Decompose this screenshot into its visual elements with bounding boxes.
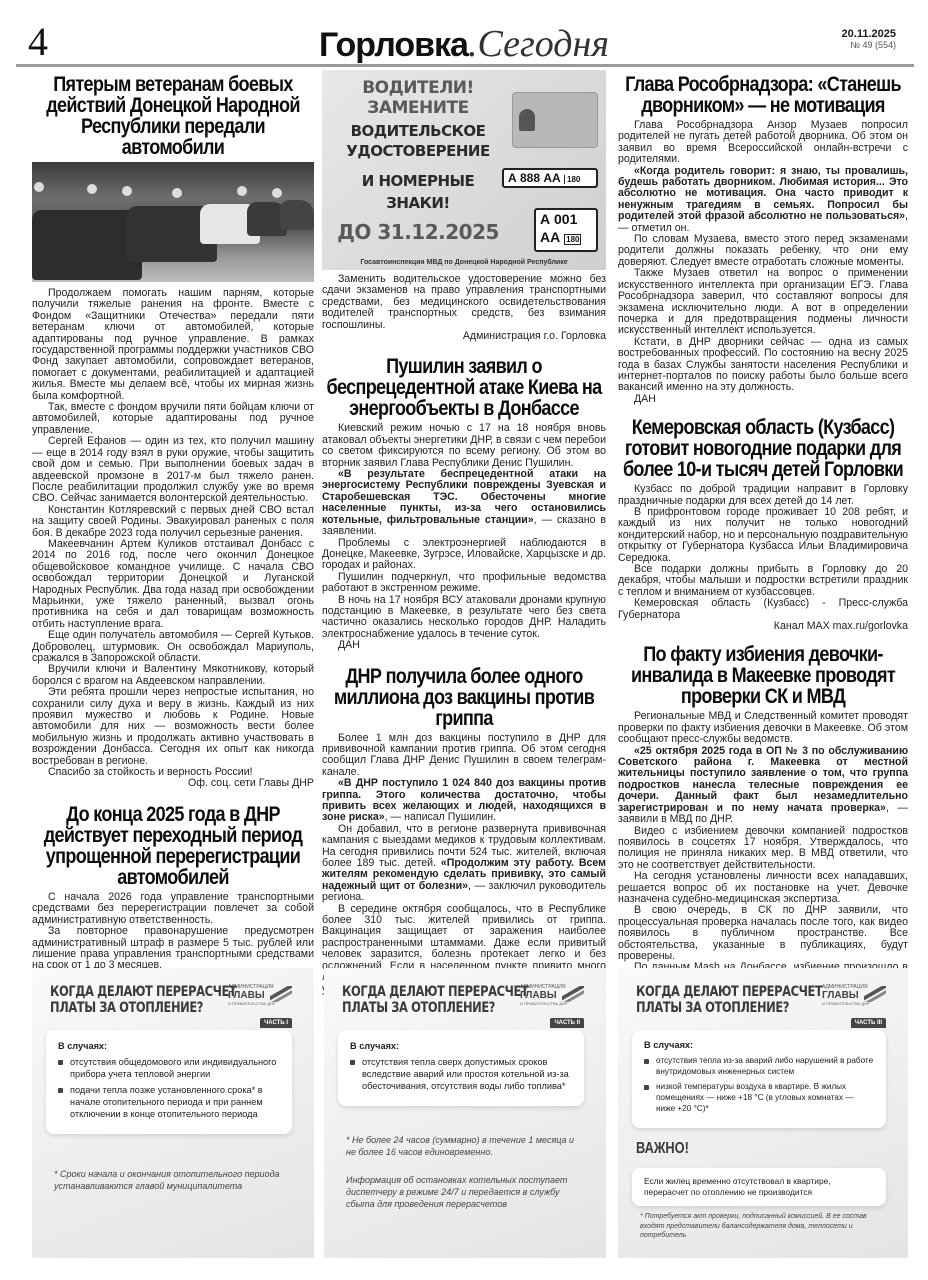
cases-list: отсутствия тепла из-за аварий либо наруш… [644,1055,874,1114]
important-box: Если жилец временно отсутствовал в кварт… [632,1168,886,1206]
veterans-cars-photo [32,162,314,282]
ad-caption: Госавтоинспекция МВД по Донецкой Народно… [322,259,606,266]
footnote: * Сроки начала и окончания отопительного… [54,1168,294,1192]
flag-stripe-icon [562,986,584,1002]
part-badge: ЧАСТЬ II [550,1018,584,1028]
paragraph: Видео с избиением девочки компанией подр… [618,826,908,872]
drivers-license-card-icon [512,92,598,148]
paragraph: Все подарки должны прибыть в Горловку до… [618,564,908,598]
article-pushilin: Пушилин заявил о беспрецедентной атаке К… [322,356,606,651]
quote: «25 октября 2025 года в ОП № 3 по обслуж… [618,745,908,814]
paragraph: Пушилин подчеркнул, что профильные ведом… [322,572,606,595]
paragraph: Региональные МВД и Следственный комитет … [618,711,908,745]
issue-number: № 49 (554) [842,40,896,50]
ad-line: И НОМЕРНЫЕ [328,172,508,190]
cases-list: отсутствия общедомового или индивидуальн… [58,1056,280,1120]
article-source: Оф. соц. сети Главы ДНР [32,778,314,789]
newspaper-title: Горловка.Сегодня [18,22,910,67]
plate-number-top: А 001 [540,210,596,228]
paragraph: Заменить водительское удостоверение можн… [322,274,606,331]
paragraph: Сергей Ефанов — один из тех, кто получил… [32,436,314,504]
headline-pushilin: Пушилин заявил о беспрецедентной атаке К… [323,356,605,419]
ad-line: ВОДИТЕЛИ! [328,78,508,98]
paragraph: В свою очередь, в СК по ДНР заявили, что… [618,905,908,962]
brand-bold: Горловка [319,26,468,64]
footnote: * Не более 24 часов (суммарно) в течение… [346,1134,586,1158]
cases-box: В случаях: отсутствия тепла из-за аварий… [632,1030,886,1128]
paragraph: Эти ребята прошли через непростые испыта… [32,687,314,767]
list-item: отсутствия тепла сверх допустимых сроков… [350,1056,572,1092]
quote: «Когда родитель говорит: я знаю, ты пров… [618,165,908,223]
article-vaccine: ДНР получила более одного миллиона доз в… [322,666,606,1007]
body-rosobrnadzor: Глава Рособрнадзора Анзор Музаев попроси… [618,120,908,405]
headline-makeevka: По факту избиения девочки-инвалида в Мак… [619,644,906,707]
balloon-icon [87,184,97,194]
paragraph: Продолжаем помогать нашим парням, которы… [32,288,314,402]
title-line: КОГДА ДЕЛАЮТ ПЕРЕРАСЧЕТ [342,984,528,1000]
paragraph: Константин Котляревский с первых дней СВ… [32,505,314,539]
paragraph: Кемеровская область (Кузбасс) - Пресс-сл… [618,598,908,621]
article-rosobrnadzor: Глава Рособрнадзора: «Станешь дворником»… [618,74,908,405]
title-line: ПЛАТЫ ЗА ОТОПЛЕНИЕ? [636,1000,822,1016]
cases-label: В случаях: [58,1040,280,1052]
ad-deadline: ДО 31.12.2025 [328,220,508,244]
balloon-icon [272,188,282,198]
infographic-part-3: КОГДА ДЕЛАЮТ ПЕРЕРАСЧЕТПЛАТЫ ЗА ОТОПЛЕНИ… [618,968,908,1258]
infographic-title: КОГДА ДЕЛАЮТ ПЕРЕРАСЧЕТПЛАТЫ ЗА ОТОПЛЕНИ… [636,984,822,1016]
article-source: Администрация г.о. Горловка [322,331,606,342]
list-item: подачи тепла позже установленного срока*… [58,1084,280,1120]
paragraph: Вручили ключи и Валентину Мякотникову, к… [32,664,314,687]
ad-line: ВОДИТЕЛЬСКОЕ [328,122,508,140]
paragraph: Более 1 млн доз вакцины поступило в ДНР … [322,733,606,779]
title-line: ПЛАТЫ ЗА ОТОПЛЕНИЕ? [342,1000,528,1016]
paragraph: В ночь на 17 ноября ВСУ атаковали дронам… [322,595,606,641]
cases-label: В случаях: [644,1040,874,1051]
article-source: ДАН [618,394,908,405]
heating-infographics: КОГДА ДЕЛАЮТ ПЕРЕРАСЧЕТПЛАТЫ ЗА ОТОПЛЕНИ… [0,968,928,1268]
balloon-icon [122,186,132,196]
plate-region: 180 [564,175,580,184]
paragraph: За повторное правонарушение предусмотрен… [32,926,314,972]
paragraph: В прифронтовом городе проживает 10 208 р… [618,507,908,564]
balloon-icon [172,188,182,198]
footnote: * Потребуется акт проверки, подписанный … [640,1212,888,1241]
car-icon [32,210,142,280]
paragraph: Еще один получатель автомобиля — Сергей … [32,630,314,664]
article-kuzbass: Кемеровская область (Кузбасс) готовит но… [618,417,908,632]
masthead-divider [16,64,914,67]
paragraph: Также Музаев ответил на вопрос о примене… [618,268,908,336]
list-item: отсутствия общедомового или индивидуальн… [58,1056,280,1080]
headline-veterans: Пятерым ветеранам боевых действий Донецк… [33,74,313,158]
infographic-title: КОГДА ДЕЛАЮТ ПЕРЕРАСЧЕТПЛАТЫ ЗА ОТОПЛЕНИ… [342,984,528,1016]
body-reregistration-cont: Для замены водительских удостоверений и … [322,274,606,342]
part-badge: ЧАСТЬ III [851,1018,886,1028]
headline-vaccine: ДНР получила более одного миллиона доз в… [323,666,605,729]
license-plate-2: А 001АА 180 [534,208,598,252]
drivers-license-ad: ВОДИТЕЛИ! ЗАМЕНИТЕ ВОДИТЕЛЬСКОЕ УДОСТОВЕ… [322,70,606,270]
paragraph: Проблемы с электроэнергией наблюдаются в… [322,538,606,572]
paragraph: На сегодня установлены личности всех нап… [618,871,908,905]
issue-date: 20.11.2025 [842,28,896,40]
paragraph: Глава Рособрнадзора Анзор Музаев попроси… [618,120,908,166]
brand-italic: .Сегодня [468,23,609,65]
infographic-part-2: КОГДА ДЕЛАЮТ ПЕРЕРАСЧЕТПЛАТЫ ЗА ОТОПЛЕНИ… [324,968,606,1258]
article-source: ДАН [322,640,606,651]
body-vaccine: Более 1 млн доз вакцины поступило в ДНР … [322,733,606,1007]
headline-rosobrnadzor: Глава Рособрнадзора: «Станешь дворником»… [619,74,906,116]
infographic-part-1: КОГДА ДЕЛАЮТ ПЕРЕРАСЧЕТПЛАТЫ ЗА ОТОПЛЕНИ… [32,968,314,1258]
channel-link: Канал MAX max.ru/gorlovka [618,621,908,632]
license-plate-1: А 888 АА 180 [502,168,598,188]
column-middle: ВОДИТЕЛИ! ЗАМЕНИТЕ ВОДИТЕЛЬСКОЕ УДОСТОВЕ… [322,70,606,1006]
title-line: ПЛАТЫ ЗА ОТОПЛЕНИЕ? [50,1000,236,1016]
body-kuzbass: Кузбасс по доброй традиции направит в Го… [618,484,908,632]
quote-attribution: , — написал Пушилин. [385,811,496,823]
paragraph: Кузбасс по доброй традиции направит в Го… [618,484,908,507]
balloon-icon [34,182,44,192]
balloon-icon [237,186,247,196]
cases-box: В случаях: отсутствия тепла сверх допуст… [338,1030,584,1106]
ad-line: ЗНАКИ! [328,194,508,212]
car-icon [280,200,314,230]
column-right: Глава Рособрнадзора: «Станешь дворником»… [618,70,908,1031]
masthead: 4 Горловка.Сегодня 20.11.2025 № 49 (554) [18,0,910,68]
issue-info: 20.11.2025 № 49 (554) [842,28,896,50]
title-line: КОГДА ДЕЛАЮТ ПЕРЕРАСЧЕТ [636,984,822,1000]
paragraph: По словам Музаева, вместо этого перед эк… [618,234,908,268]
cases-box: В случаях: отсутствия общедомового или и… [46,1030,292,1134]
paragraph: Киевский режим ночью с 17 на 18 ноября в… [322,423,606,469]
body-pushilin: Киевский режим ночью с 17 на 18 ноября в… [322,423,606,651]
paragraph: Кстати, в ДНР дворники сейчас — одна из … [618,337,908,394]
portrait-icon [519,109,535,131]
column-left: Пятерым ветеранам боевых действий Донецк… [32,70,314,1097]
paragraph: Так, вместе с фондом вручили пяти бойцам… [32,402,314,436]
ad-line: ЗАМЕНИТЕ [328,98,508,118]
plate-number-bottom: АА [540,229,560,245]
plate-number: А 888 АА [508,171,561,185]
plate-region: 180 [564,234,581,245]
part-badge: ЧАСТЬ I [260,1018,292,1028]
flag-stripe-icon [270,986,292,1002]
cases-list: отсутствия тепла сверх допустимых сроков… [350,1056,572,1092]
headline-kuzbass: Кемеровская область (Кузбасс) готовит но… [619,417,906,480]
infographic-title: КОГДА ДЕЛАЮТ ПЕРЕРАСЧЕТПЛАТЫ ЗА ОТОПЛЕНИ… [50,984,236,1016]
administration-logo: АДМИНИСТРАЦИЯ ГЛАВЫ И ПРАВИТЕЛЬСТВА ДНР [520,984,584,1006]
paragraph: С начала 2026 года управление транспортн… [32,892,314,926]
headline-reregistration: До конца 2025 года в ДНР действует перех… [33,804,313,888]
article-veterans: Пятерым ветеранам боевых действий Донецк… [32,74,314,790]
paragraph: Макеевчанин Артем Куликов отстаивал Донб… [32,539,314,630]
title-line: КОГДА ДЕЛАЮТ ПЕРЕРАСЧЕТ [50,984,236,1000]
administration-logo: АДМИНИСТРАЦИЯ ГЛАВЫ И ПРАВИТЕЛЬСТВА ДНР [822,984,886,1006]
list-item: отсутствия тепла из-за аварий либо наруш… [644,1055,874,1077]
important-heading: ВАЖНО! [636,1140,689,1158]
footnote-info: Информация об остановках котельных посту… [346,1174,586,1210]
list-item: низкой температуры воздуха в квартире. В… [644,1081,874,1114]
cases-label: В случаях: [350,1040,572,1052]
administration-logo: АДМИНИСТРАЦИЯ ГЛАВЫ И ПРАВИТЕЛЬСТВА ДНР [228,984,292,1006]
ad-line: УДОСТОВЕРЕНИЕ [328,142,508,160]
flag-stripe-icon [864,986,886,1002]
body-veterans: Продолжаем помогать нашим парням, которы… [32,288,314,790]
